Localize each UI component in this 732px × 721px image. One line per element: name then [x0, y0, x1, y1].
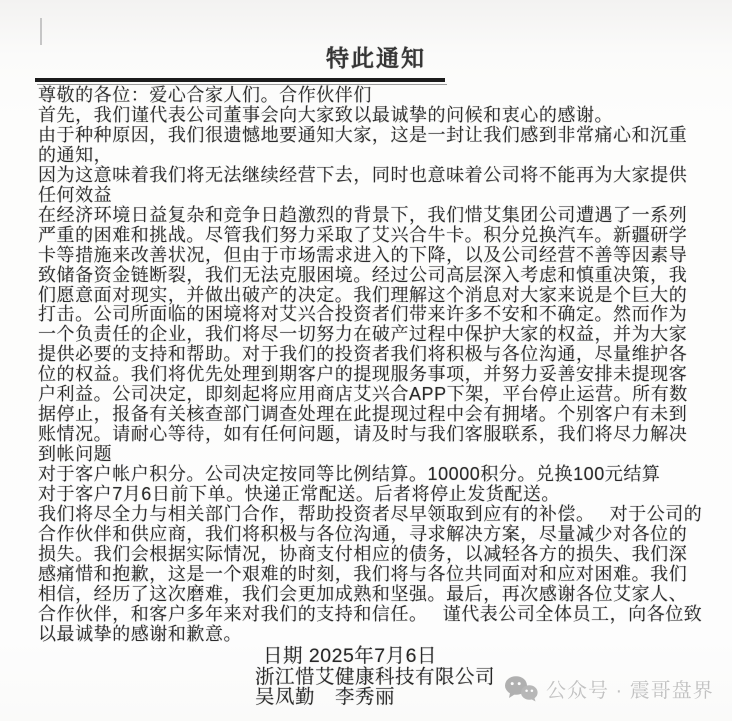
notice-text-line: 一个负责任的企业，我们将尽一切努力在破产过程中保护大家的权益，并为大家 — [38, 325, 728, 345]
notice-title: 特此通知 — [326, 40, 426, 73]
notice-text-line: 因为这意味着我们将无法继续经营下去，同时也意味着公司将不能再为大家提供 — [38, 166, 728, 186]
signature-date: 日期 2025年7月6日 — [255, 646, 495, 667]
notice-text-line: 打击。公司所面临的困境将对艾兴合投资者们带来许多不安和不确定。然而作为 — [38, 305, 728, 325]
notice-text-line: 以最诚挚的感谢和歉意。 — [38, 625, 728, 645]
notice-text-line: 任何效益 — [38, 186, 728, 206]
signature-block: 日期 2025年7月6日 浙江惜艾健康科技有限公司 吴凤勤 李秀丽 — [255, 646, 495, 708]
notice-text-line: 据停止，报备有关核查部门调查处理在此提现过程中会有拥堵。个别客户有未到 — [38, 405, 728, 425]
notice-text-line: 合作伙伴，和客户多年来对我们的支持和信任。 谨代表公司全体员工，向各位致 — [38, 605, 728, 625]
cursor-artifact — [40, 18, 42, 45]
wechat-icon — [504, 675, 538, 702]
notice-text-line: 们愿意面对现实，并做出破产的决定。我们理解这个消息对大家来说是个巨大的 — [38, 286, 728, 306]
notice-text-line: 我们将尽全力与相关部门合作，帮助投资者尽早领取到应有的补偿。 对于公司的 — [38, 505, 728, 525]
notice-text-line: 位的权益。我们将优先处理到期客户的提现服务事项，并努力妥善安排未提现客 — [38, 365, 728, 385]
notice-text-line: 合作伙伴和供应商，我们将积极与各位沟通，寻求解决方案，尽量减少对各位的 — [38, 525, 728, 545]
notice-text-line: 尊敬的各位：爱心合家人们。合作伙伴们 — [38, 86, 728, 106]
notice-text-line: 致储备资金链断裂，我们无法克服困境。经过公司高层深入考虑和慎重决策，我 — [38, 266, 728, 286]
signature-names: 吴凤勤 李秀丽 — [255, 687, 495, 708]
notice-text-line: 损失。我们会根据实际情况，协商支付相应的债务，以减轻各方的损失、我们深 — [38, 545, 728, 565]
watermark-text: 公众号 · 震哥盘界 — [546, 674, 714, 703]
wechat-watermark: 公众号 · 震哥盘界 — [504, 674, 714, 703]
notice-text-line: 账情况。请耐心等待，如有任何问题，请及时与我们客服联系，我们将尽力解决 — [38, 425, 728, 445]
notice-text-line: 提供必要的支持和帮助。对于我们的投资者我们将积极与各位沟通，尽量维护各 — [38, 345, 728, 365]
notice-text-line: 感痛惜和抱歉，这是一个艰难的时刻，我们将与各位共同面对和应对困难。我们 — [38, 565, 728, 585]
notice-text-line: 相信，经历了这次磨难，我们会更加成熟和坚强。最后，再次感谢各位艾家人、 — [38, 585, 728, 605]
signature-company: 浙江惜艾健康科技有限公司 — [255, 667, 495, 688]
notice-text-line: 首先，我们谨代表公司董事会向大家致以最诚挚的问候和衷心的感谢。 — [38, 106, 728, 126]
notice-text-line: 由于种种原因，我们很遗憾地要通知大家，这是一封让我们感到非常痛心和沉重 — [38, 126, 728, 146]
notice-text-line: 在经济环境日益复杂和竞争日趋激烈的背景下，我们惜艾集团公司遭遇了一系列 — [38, 206, 728, 226]
notice-document: 特此通知 尊敬的各位：爱心合家人们。合作伙伴们首先，我们谨代表公司董事会向大家致… — [0, 0, 732, 721]
notice-text-line: 对于客户7月6日前下单。快递正常配送。后者将停止发货配送。 — [38, 485, 728, 505]
notice-text-line: 严重的困难和挑战。尽管我们努力采取了艾兴合牛卡。积分兑换汽车。新疆研学 — [38, 226, 728, 246]
notice-text-line: 户利益。公司决定，即刻起将应用商店艾兴合APP下架，平台停止运营。所有数 — [38, 385, 728, 405]
notice-text-line: 的通知， — [38, 146, 728, 166]
notice-text-line: 到帐问题 — [38, 445, 728, 465]
notice-text-line: 卡等措施来改善状况，但由于市场需求进入的下降，以及公司经营不善等因素导 — [38, 246, 728, 266]
title-divider-line — [35, 78, 445, 82]
notice-text-line: 对于客户帐户积分。公司决定按同等比例结算。10000积分。兑换100元结算 — [38, 465, 728, 485]
notice-body: 尊敬的各位：爱心合家人们。合作伙伴们首先，我们谨代表公司董事会向大家致以最诚挚的… — [38, 86, 728, 645]
